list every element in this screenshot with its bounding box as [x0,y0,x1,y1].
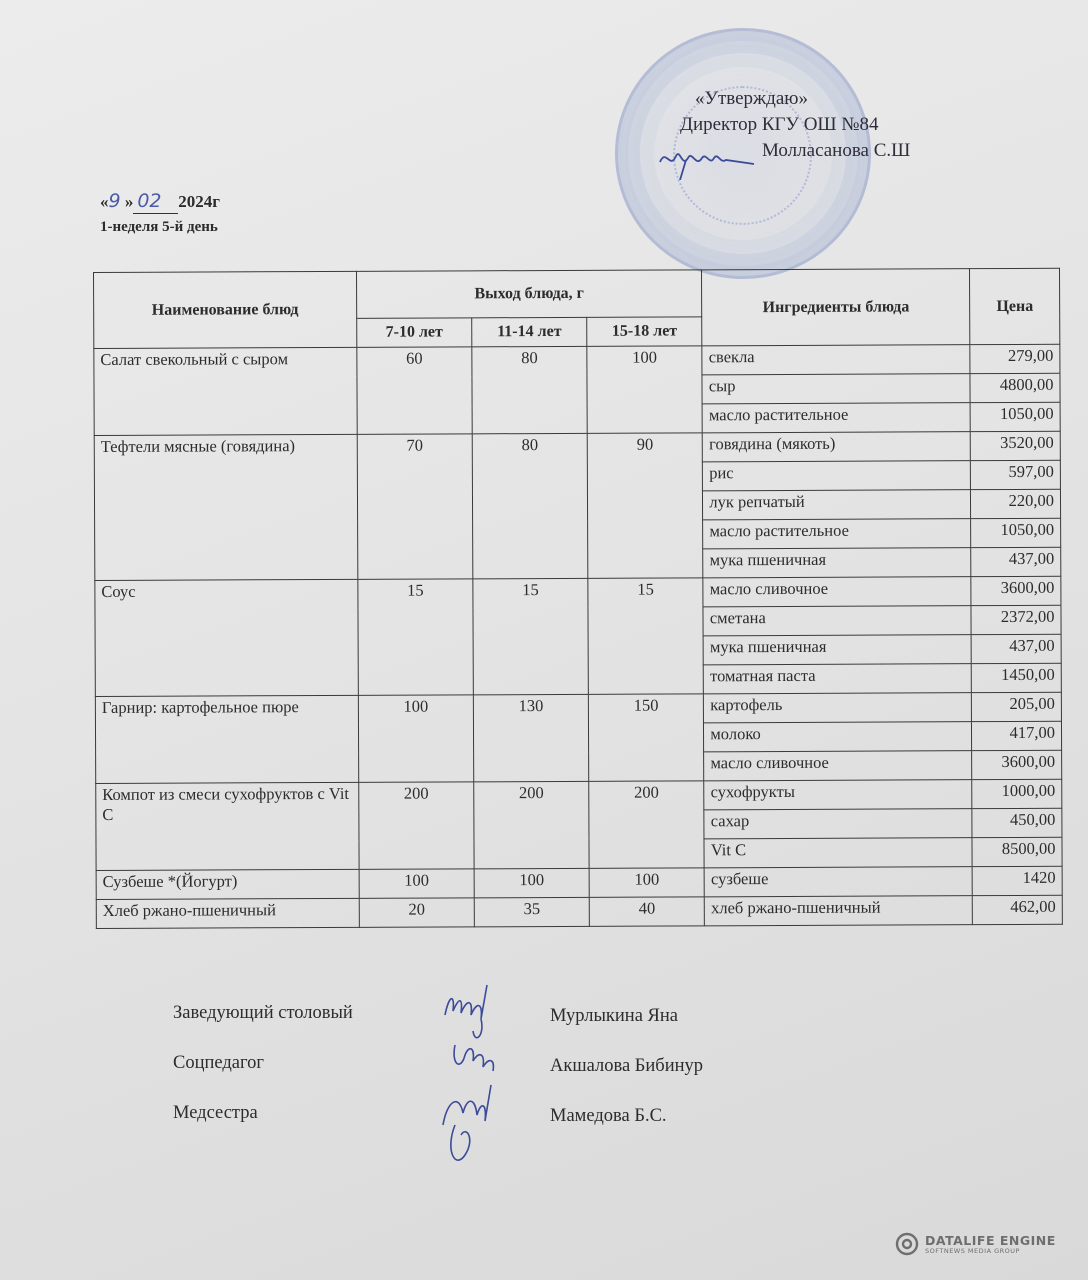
ingredient-price: 1050,00 [970,402,1060,431]
ingredient-price: 3600,00 [972,750,1062,779]
ingredient-price: 8500,00 [972,837,1062,866]
ingredient-price: 1420 [972,866,1062,895]
date-year: 2024г [178,192,220,211]
handwritten-signatures-icon [425,975,545,1175]
table-row: Гарнир: картофельное пюре100130150картоф… [95,692,1061,725]
datalife-logo-icon [895,1232,919,1256]
date-month: 02 [137,190,161,212]
dish-yield: 100 [474,868,589,898]
signer-name: Акшалова Бибинур [550,1056,703,1077]
signer-name: Мурлыкина Яна [550,1006,678,1027]
dish-yield: 200 [359,782,475,870]
ingredient-price: 450,00 [972,808,1062,837]
approval-name: Молласанова С.Ш [762,138,910,164]
table-row: Соус151515масло сливочное3600,00 [95,576,1061,609]
ingredient-price: 279,00 [970,344,1060,373]
ingredient-name: Vit C [704,838,972,868]
dish-yield: 20 [359,898,474,928]
table-row: Компот из смеси сухофруктов с Vit C20020… [96,779,1062,812]
menu-table-body: Салат свекольный с сыром6080100свекла279… [94,344,1063,928]
dish-name: Салат свекольный с сыром [94,347,357,435]
dish-yield: 150 [589,694,705,782]
dish-name: Сузбеше *(Йогурт) [96,869,359,899]
approval-title: «Утверждаю» [695,86,910,112]
dish-yield: 15 [358,579,474,696]
ingredient-name: сыр [702,374,970,404]
ingredient-name: сахар [704,809,972,839]
ingredient-price: 1050,00 [971,518,1061,547]
dish-yield: 200 [474,781,590,869]
ingredient-name: картофель [704,693,972,723]
ingredient-name: лук репчатый [703,490,971,520]
ingredient-price: 437,00 [971,634,1061,663]
ingredient-name: мука пшеничная [703,548,971,578]
date-close-quote: » [125,192,134,211]
dish-name: Тефтели мясные (говядина) [94,434,358,580]
header-age-11-14: 11-14 лет [472,317,587,347]
dish-yield: 100 [359,869,474,899]
header-price: Цена [970,268,1060,344]
watermark-subtitle: SOFTNEWS MEDIA GROUP [925,1247,1056,1255]
table-row: Тефтели мясные (говядина)708090говядина … [94,431,1060,464]
dish-yield: 70 [357,434,473,580]
dish-yield: 200 [589,781,705,869]
dish-name: Соус [95,579,358,696]
table-row: Сузбеше *(Йогурт)100100100сузбеше1420 [96,866,1062,899]
ingredient-name: масло растительное [703,519,971,549]
ingredient-name: свекла [702,345,970,375]
ingredient-name: рис [703,461,971,491]
header-dish: Наименование блюд [94,271,357,348]
ingredient-price: 1000,00 [972,779,1062,808]
table-row: Хлеб ржано-пшеничный203540хлеб ржано-пше… [96,895,1062,928]
ingredient-price: 462,00 [973,895,1063,924]
ingredient-price: 220,00 [971,489,1061,518]
week-day-label: 1-неделя 5-й день [100,216,220,238]
ingredient-price: 3520,00 [971,431,1061,460]
dish-yield: 100 [358,695,474,783]
signer-name: Мамедова Б.С. [550,1106,667,1127]
ingredient-price: 2372,00 [971,605,1061,634]
dish-yield: 60 [357,347,473,435]
date-day: 9 [109,190,121,212]
ingredient-name: говядина (мякоть) [703,432,971,462]
ingredient-name: хлеб ржано-пшеничный [705,896,973,926]
dish-yield: 40 [589,897,704,927]
menu-table: Наименование блюд Выход блюда, г Ингреди… [93,268,1063,929]
header-age-7-10: 7-10 лет [357,318,472,348]
dish-yield: 80 [472,346,588,434]
dish-yield: 15 [473,578,589,695]
ingredient-name: томатная паста [704,664,972,694]
ingredient-price: 3600,00 [971,576,1061,605]
dish-name: Гарнир: картофельное пюре [95,695,358,783]
dish-yield: 130 [473,694,589,782]
ingredient-price: 4800,00 [970,373,1060,402]
ingredient-price: 205,00 [972,692,1062,721]
dish-yield: 100 [589,868,704,898]
ingredient-price: 417,00 [972,721,1062,750]
ingredient-name: масло сливочное [703,577,971,607]
dish-yield: 100 [587,346,703,434]
dish-name: Компот из смеси сухофруктов с Vit C [96,782,359,870]
dish-yield: 80 [472,433,588,579]
date-block: «9 »02 2024г 1-неделя 5-й день [100,190,220,238]
document-page: «Утверждаю» Директор КГУ ОШ №84 Молласан… [0,0,1088,1280]
signer-role: Заведующий столовый [173,1003,433,1024]
ingredient-name: сузбеше [704,867,972,897]
ingredient-name: масло растительное [702,403,970,433]
ingredient-price: 1450,00 [972,663,1062,692]
header-yield-group: Выход блюда, г [356,270,702,319]
table-header-row: Наименование блюд Выход блюда, г Ингреди… [94,268,1060,319]
signer-role: Медсестра [173,1103,433,1124]
ingredient-name: масло сливочное [704,751,972,781]
dish-yield: 35 [474,897,589,927]
dish-yield: 90 [587,433,703,579]
approval-position: Директор КГУ ОШ №84 [680,112,910,138]
dish-name: Хлеб ржано-пшеничный [96,898,359,928]
dish-yield: 15 [588,578,704,695]
ingredient-name: сметана [703,606,971,636]
watermark-title: DATALIFE ENGINE [925,1234,1056,1247]
ingredient-price: 597,00 [971,460,1061,489]
header-age-15-18: 15-18 лет [587,317,702,347]
document-date: «9 »02 2024г [100,190,220,214]
ingredient-name: сухофрукты [704,780,972,810]
ingredient-name: молоко [704,722,972,752]
signer-role: Соцпедагог [173,1053,433,1074]
date-open-quote: « [100,192,109,211]
director-signature-icon [656,140,756,180]
header-ingredients: Ингредиенты блюда [702,269,970,346]
ingredient-price: 437,00 [971,547,1061,576]
table-row: Салат свекольный с сыром6080100свекла279… [94,344,1060,377]
watermark: DATALIFE ENGINE SOFTNEWS MEDIA GROUP [895,1232,1056,1256]
ingredient-name: мука пшеничная [703,635,971,665]
